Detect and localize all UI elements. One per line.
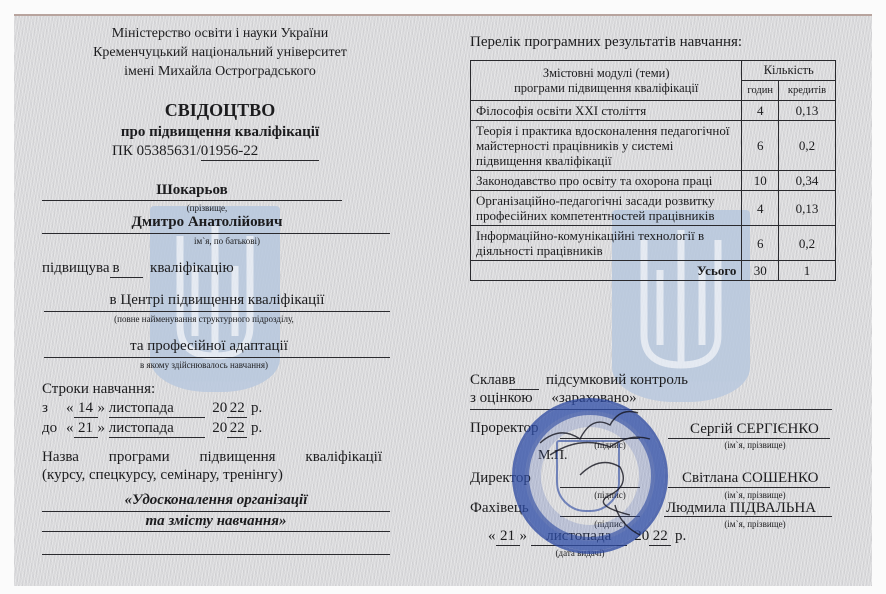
exam-suffix: в [509, 372, 539, 390]
study-period-label: Строки навчання: [42, 381, 155, 398]
header-credits: кредитів [779, 81, 836, 101]
from-year-prefix: 20 [212, 400, 227, 416]
director-name-caption: (ім`я, прізвище) [700, 490, 810, 500]
program-label-line-1: Назва програми підвищення кваліфікації [42, 449, 382, 466]
document-title: СВІДОЦТВО [40, 100, 400, 121]
table-row: Інформаційно-комунікаційні технології в … [471, 226, 836, 261]
to-year-suffix: 22 [227, 420, 247, 438]
surname: Шокарьов [42, 182, 342, 199]
table-total-row: Усього 30 1 [471, 261, 836, 281]
row-hours: 6 [742, 121, 779, 171]
unit-caption-2: в якому здійснювалось навчання) [44, 360, 364, 370]
row-credits: 0,13 [779, 101, 836, 121]
raised-qualification: підвищував кваліфікацію [42, 260, 234, 278]
row-topic: Організаційно-педагогічні засади розвитк… [471, 191, 742, 226]
surname-caption: (прізвище, [42, 203, 372, 213]
ministry-name: Міністерство освіти і науки України [40, 24, 400, 43]
to-year-prefix: 20 [212, 420, 227, 436]
from-label: з [42, 400, 66, 417]
from-month: листопада [109, 400, 205, 418]
exam-line: Склавв підсумковий контроль [470, 372, 688, 390]
row-topic: Законодавство про освіту та охорона прац… [471, 171, 742, 191]
to-month: листопада [109, 420, 205, 438]
total-credits: 1 [779, 261, 836, 281]
unit-caption-1: (повне найменування структурного підрозд… [44, 314, 364, 324]
certificate-number-prefix: ПК 05385631/ [112, 143, 201, 159]
from-day: 14 [74, 400, 98, 418]
row-topic: Філософія освіти XXI століття [471, 101, 742, 121]
raised-prefix: підвищува [42, 260, 110, 276]
study-period-from: з«14» листопада 2022 р. [42, 400, 262, 418]
from-year-suffix: 22 [227, 400, 247, 418]
issue-day: 21 [496, 528, 520, 546]
to-year-unit: р. [251, 420, 262, 436]
results-title: Перелік програмних результатів навчання: [470, 34, 742, 51]
exam-prefix: Склав [470, 372, 509, 388]
from-year-unit: р. [251, 400, 262, 416]
table-row: Філософія освіти XXI століття40,13 [471, 101, 836, 121]
certificate-number: ПК 05385631/01956-22 [112, 143, 319, 161]
table-row: Теорія і практика вдосконалення педагогі… [471, 121, 836, 171]
total-label: Усього [471, 261, 742, 281]
row-credits: 0,2 [779, 226, 836, 261]
header-topic-line-1: Змістовні модулі (теми) [476, 66, 736, 81]
row-hours: 6 [742, 226, 779, 261]
header-amount: Кількість [742, 61, 836, 81]
unit-line-1: в Центрі підвищення кваліфікації [44, 292, 390, 309]
specialist-name-caption: (ім`я, прізвище) [700, 519, 810, 529]
program-label-line-2: (курсу, спецкурсу, семінару, тренінгу) [42, 467, 283, 484]
row-credits: 0,2 [779, 121, 836, 171]
university-name: Кременчуцький національний університет [40, 43, 400, 62]
row-hours: 10 [742, 171, 779, 191]
header-topic-line-2: програми підвищення кваліфікації [476, 81, 736, 96]
prorector-name-caption: (ім`я, прізвище) [700, 440, 810, 450]
signature-marks [520, 395, 670, 545]
study-period-to: до«21» листопада 2022 р. [42, 420, 262, 438]
director-name: Світлана СОШЕНКО [682, 470, 818, 487]
program-name-line-1: «Удосконалення організації [42, 492, 390, 509]
total-hours: 30 [742, 261, 779, 281]
exam-text: підсумковий контроль [546, 372, 688, 388]
raised-suffix: в [110, 260, 143, 278]
document-subtitle: про підвищення кваліфікації [40, 124, 400, 141]
specialist-name: Людмила ПІДВАЛЬНА [666, 500, 816, 517]
prorector-name: Сергій СЕРГІЄНКО [690, 421, 819, 438]
row-credits: 0,34 [779, 171, 836, 191]
to-label: до [42, 420, 66, 437]
university-named-after: імені Михайла Остроградського [40, 62, 400, 81]
given-names: Дмитро Анатолійович [42, 214, 372, 231]
to-day: 21 [74, 420, 98, 438]
raised-word: кваліфікацію [150, 260, 234, 276]
header-hours: годин [742, 81, 779, 101]
table-row: Законодавство про освіту та охорона прац… [471, 171, 836, 191]
row-hours: 4 [742, 191, 779, 226]
certificate-number-value: 01956-22 [201, 143, 319, 161]
issue-year-unit: р. [675, 528, 686, 544]
table-header-row: Змістовні модулі (теми) програми підвище… [471, 61, 836, 81]
given-names-caption: ім`я, по батькові) [42, 236, 412, 246]
row-topic: Теорія і практика вдосконалення педагогі… [471, 121, 742, 171]
results-table: Змістовні модулі (теми) програми підвище… [470, 60, 836, 281]
row-topic: Інформаційно-комунікаційні технології в … [471, 226, 742, 261]
row-credits: 0,13 [779, 191, 836, 226]
header-topic: Змістовні модулі (теми) програми підвище… [471, 61, 742, 101]
table-row: Організаційно-педагогічні засади розвитк… [471, 191, 836, 226]
row-hours: 4 [742, 101, 779, 121]
program-name-line-2: та змісту навчання» [42, 513, 390, 530]
unit-line-2: та професійної адаптації [44, 338, 374, 355]
